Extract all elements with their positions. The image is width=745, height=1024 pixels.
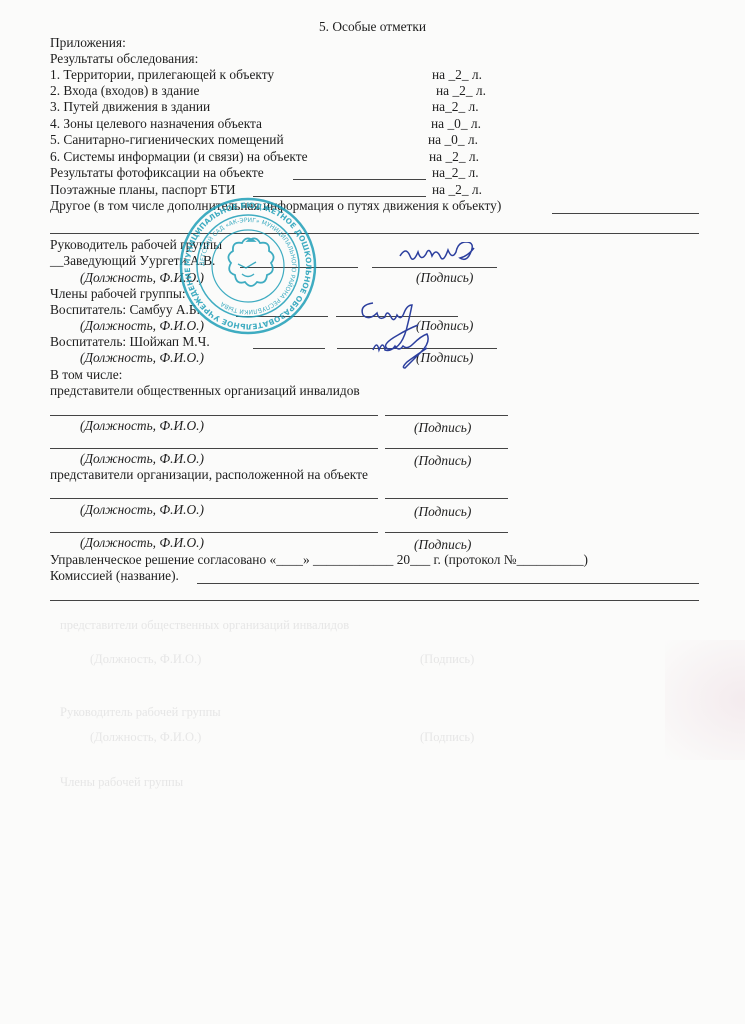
showthrough-text: (Подпись) (420, 730, 474, 745)
survey-item-label: 1. Территории, прилегающей к объекту (50, 67, 274, 83)
position-caption: (Должность, Ф.И.О.) (80, 451, 204, 467)
signature-caption: (Подпись) (414, 420, 471, 436)
organization-stamp-icon: МУНИЦИПАЛЬНОЕ БЮДЖЕТНОЕ ДОШКОЛЬНОЕ ОБРАЗ… (178, 196, 318, 336)
rep-position-line (50, 498, 378, 499)
survey-item-label: 3. Путей движения в здании (50, 99, 210, 115)
document-page: представители общественных организаций и… (0, 0, 745, 1024)
rep-position-line (50, 532, 378, 533)
rep-position-line (50, 415, 378, 416)
appendices-label: Приложения: (50, 35, 126, 51)
rep-signature-line (385, 448, 508, 449)
survey-item-label: 6. Системы информации (и связи) на объек… (50, 149, 308, 165)
photo-results-pages: на_2_ л. (432, 165, 479, 181)
including-label: В том числе: (50, 367, 122, 383)
commission-blank-line-2 (50, 600, 699, 601)
disabled-org-reps-label: представители общественных организаций и… (50, 383, 360, 399)
member-position-line (253, 348, 325, 349)
other-blank-line-2 (50, 233, 699, 234)
other-blank (552, 213, 699, 214)
showthrough-text: (Подпись) (420, 652, 474, 667)
rep-position-line (50, 448, 378, 449)
paper-sheen (665, 640, 745, 760)
member-value: Воспитатель: Шойжап М.Ч. (50, 334, 210, 350)
survey-item-label: 4. Зоны целевого назначения объекта (50, 116, 262, 132)
onsite-org-reps-label: представители организации, расположенной… (50, 467, 368, 483)
survey-item-label: 2. Входа (входов) в здание (50, 83, 199, 99)
signature-caption: (Подпись) (414, 504, 471, 520)
member-signature-icon (365, 330, 455, 370)
position-caption: (Должность, Ф.И.О.) (80, 350, 204, 366)
rep-signature-line (385, 415, 508, 416)
survey-item-pages: на _2_ л. (432, 67, 482, 83)
survey-item-pages: на_2_ л. (432, 99, 479, 115)
survey-item-pages: на _0_ л. (428, 132, 478, 148)
photo-results-blank (293, 179, 426, 180)
signature-caption: (Подпись) (414, 453, 471, 469)
survey-item-label: 5. Санитарно-гигиенических помещений (50, 132, 284, 148)
showthrough-text: Руководитель рабочей группы (60, 705, 221, 720)
photo-results-label: Результаты фотофиксации на объекте (50, 165, 264, 181)
leader-signature-icon (395, 242, 495, 274)
section-title: 5. Особые отметки (0, 19, 745, 35)
members-label: Члены рабочей группы: (50, 286, 186, 302)
survey-item-pages: на _2_ л. (429, 149, 479, 165)
rep-signature-line (385, 498, 508, 499)
position-caption: (Должность, Ф.И.О.) (80, 418, 204, 434)
position-caption: (Должность, Ф.И.О.) (80, 502, 204, 518)
rep-signature-line (385, 532, 508, 533)
commission-blank (197, 583, 699, 584)
position-caption: (Должность, Ф.И.О.) (80, 535, 204, 551)
showthrough-text: (Должность, Ф.И.О.) (90, 652, 201, 667)
survey-item-pages: на _0_ л. (431, 116, 481, 132)
showthrough-text: представители общественных организаций и… (60, 618, 349, 633)
survey-item-pages: на _2_ л. (436, 83, 486, 99)
commission-label: Комиссией (название). (50, 568, 179, 584)
showthrough-text: Члены рабочей группы (60, 775, 183, 790)
floor-plans-pages: на _2_ л. (432, 182, 482, 198)
survey-results-label: Результаты обследования: (50, 51, 198, 67)
signature-caption: (Подпись) (414, 537, 471, 553)
showthrough-text: (Должность, Ф.И.О.) (90, 730, 201, 745)
decision-text: Управленческое решение согласовано «____… (50, 552, 588, 568)
